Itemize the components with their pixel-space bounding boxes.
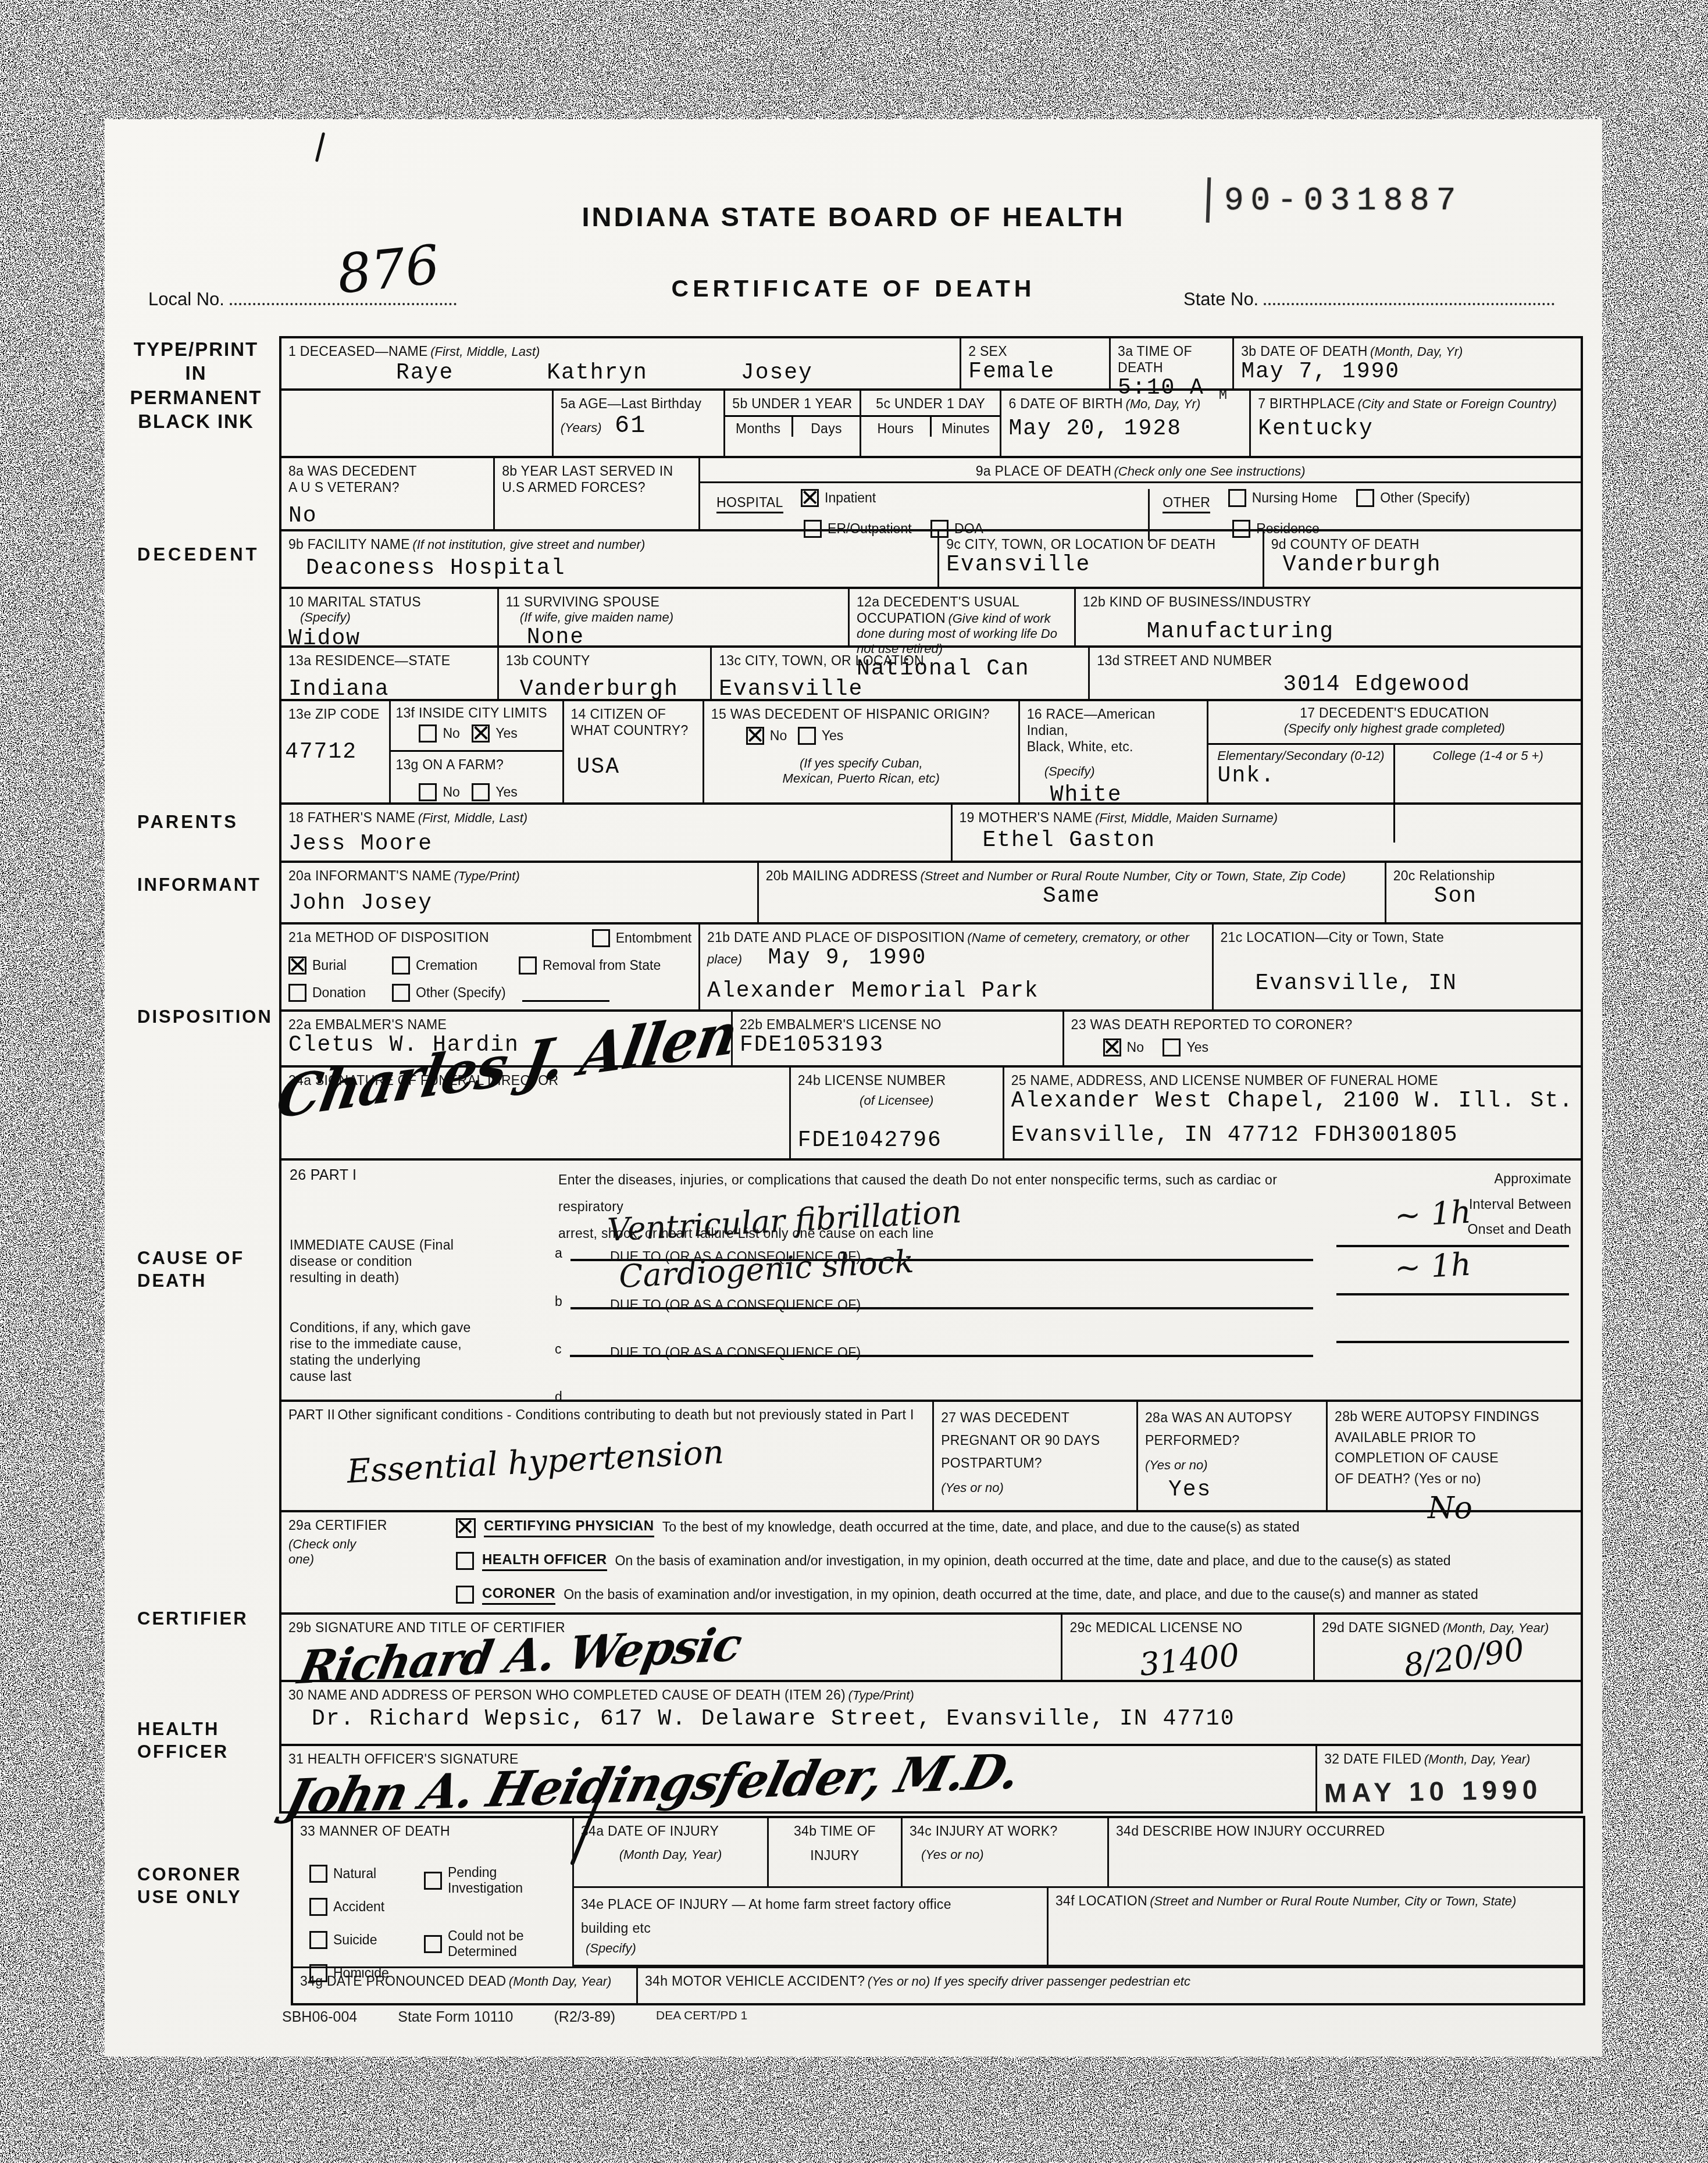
field-city-of-death: 9c CITY, TOWN, OR LOCATION OF DEATH Evan… <box>937 531 1263 587</box>
option-burial: Burial <box>288 956 376 975</box>
field-autopsy-performed: 28a WAS AN AUTOPSY PERFORMED? (Yes or no… <box>1136 1402 1326 1510</box>
margin-cause-of-death: CAUSE OF DEATH <box>137 1247 288 1293</box>
field-time-of-death: 3a TIME OF DEATH 5:10 A M <box>1109 338 1232 388</box>
coroner-section: 33 MANNER OF DEATH Natural Accident Suic… <box>291 1816 1585 2005</box>
surviving-spouse-value: None <box>527 625 841 650</box>
margin-disposition: DISPOSITION <box>137 1006 288 1029</box>
margin-type-print: TYPE/PRINT IN PERMANENT BLACK INK <box>114 337 278 433</box>
field-marital-status: 10 MARITAL STATUS(Specify) Widow <box>281 589 497 645</box>
certificate-form: 1 DECEASED—NAME (First, Middle, Last) Ra… <box>279 336 1583 1814</box>
residence-state-value: Indiana <box>288 677 490 702</box>
row-funeral-director: 24a SIGNATURE OF FUNERAL DIRECTOR Charle… <box>281 1068 1581 1161</box>
removal-checkbox <box>519 956 537 975</box>
father-name-value: Jess Moore <box>288 831 944 856</box>
farm-no-checkbox <box>419 783 437 801</box>
field-date-filed: 32 DATE FILED (Month, Day, Year) MAY 10 … <box>1315 1746 1581 1811</box>
entombment-checkbox <box>592 929 610 947</box>
field-date-of-death: 3b DATE OF DEATH (Month, Day, Yr) May 7,… <box>1232 338 1581 388</box>
row-veteran-place-of-death: 8a WAS DECEDENT A U S VETERAN? No 8b YEA… <box>281 458 1581 531</box>
local-no-handwritten-value: 876 <box>334 233 442 306</box>
option-pending: Pending Investigation <box>424 1865 523 1896</box>
option-farm-no: No <box>419 783 459 801</box>
field-place-of-death: 9a PLACE OF DEATH (Check only one See in… <box>698 458 1581 529</box>
age-value: 61 <box>615 412 646 440</box>
option-health-officer: HEALTH OFFICER On the basis of examinati… <box>456 1552 1569 1571</box>
field-occupation: 12a DECEDENT'S USUAL OCCUPATION (Give ki… <box>848 589 1074 645</box>
field-veteran: 8a WAS DECEDENT A U S VETERAN? No <box>281 458 493 529</box>
field-birthplace: 7 BIRTHPLACE (City and State or Foreign … <box>1249 391 1581 456</box>
field-part2: PART II Other significant conditions - C… <box>281 1402 932 1510</box>
race-value: White <box>1050 783 1200 808</box>
option-natural: Natural <box>309 1865 389 1883</box>
stray-pen-mark <box>315 132 325 162</box>
other-specify-checkbox <box>1356 489 1374 507</box>
cause-left-column: 26 PART I IMMEDIATE CAUSE (Final disease… <box>281 1161 555 1390</box>
funeral-home-line2: Evansville, IN 47712 FDH3001805 <box>1011 1123 1574 1148</box>
field-completed-by: 30 NAME AND ADDRESS OF PERSON WHO COMPLE… <box>281 1682 1581 1736</box>
disposition-location-value: Evansville, IN <box>1256 971 1574 996</box>
pending-checkbox <box>424 1872 442 1890</box>
field-residence-state: 13a RESIDENCE—STATE Indiana <box>281 648 497 699</box>
local-no: Local No. 876 <box>148 288 457 310</box>
form-footer: SBH06-004 State Form 10110 (R2/3-89) DEA… <box>282 2009 747 2026</box>
field-hispanic-origin: 15 WAS DECEDENT OF HISPANIC ORIGIN? No Y… <box>703 701 1018 802</box>
row-zip-citizen-race: 13e ZIP CODE 47712 13f INSIDE CITY LIMIT… <box>281 701 1581 805</box>
field-date-of-injury: 34a DATE OF INJURY (Month Day, Year) <box>572 1818 767 1888</box>
local-no-line: 876 <box>230 288 457 305</box>
field-manner-of-death: 33 MANNER OF DEATH Natural Accident Suic… <box>293 1818 572 1966</box>
field-motor-vehicle-accident: 34h MOTOR VEHICLE ACCIDENT? (Yes or no) … <box>636 1966 1583 2003</box>
undetermined-checkbox <box>424 1935 442 1953</box>
health-officer-checkbox <box>456 1552 474 1570</box>
disposition-other-line <box>522 1000 609 1002</box>
coroner-yes-checkbox <box>1163 1038 1181 1056</box>
interval-b-handwritten: ~ 1h <box>1393 1246 1472 1287</box>
embalmer-license-value: FDE1053193 <box>740 1033 1056 1058</box>
field-citizen: 14 CITIZEN OF WHAT COUNTRY? USA <box>562 701 703 802</box>
option-inpatient: Inpatient <box>801 489 876 507</box>
inside-city-no-checkbox <box>419 724 437 743</box>
cremation-checkbox <box>392 956 410 975</box>
field-street-number: 13d STREET AND NUMBER 3014 Edgewood <box>1088 648 1581 699</box>
relationship-value: Son <box>1434 884 1574 909</box>
cause-interval-column: Approximate Interval Between Onset and D… <box>1325 1161 1581 1248</box>
field-under-1-year: 5b UNDER 1 YEAR MonthsDays <box>723 391 860 456</box>
option-nursing-home: Nursing Home <box>1228 489 1338 507</box>
field-funeral-director-signature: 24a SIGNATURE OF FUNERAL DIRECTOR Charle… <box>281 1068 789 1158</box>
row-completed-by: 30 NAME AND ADDRESS OF PERSON WHO COMPLE… <box>281 1682 1581 1746</box>
donation-checkbox <box>288 984 306 1002</box>
field-date-signed: 29d DATE SIGNED (Month, Day, Year) 8/20/… <box>1313 1615 1581 1680</box>
hispanic-no-checkbox <box>746 727 764 745</box>
field-city-limits-farm: 13f INSIDE CITY LIMITS No Yes 13g ON A F… <box>389 701 562 802</box>
state-file-number-stamp: 90-031887 <box>1224 182 1463 219</box>
funeral-home-line1: Alexander West Chapel, 2100 W. Ill. St. <box>1011 1088 1574 1113</box>
sex-value: Female <box>968 359 1102 384</box>
row-informant: 20a INFORMANT'S NAME (Type/Print) John J… <box>281 863 1581 925</box>
option-coroner-yes: Yes <box>1163 1038 1208 1056</box>
deceased-last-name: Josey <box>741 360 813 386</box>
field-mailing-address: 20b MAILING ADDRESS (Street and Number o… <box>757 863 1385 922</box>
field-age: 5a AGE—Last Birthday (Years) 61 <box>552 391 723 456</box>
field-director-license: 24b LICENSE NUMBER (of Licensee) FDE1042… <box>789 1068 1003 1158</box>
field-county-of-death: 9d COUNTY OF DEATH Vanderburgh <box>1263 531 1581 587</box>
field-informant-name: 20a INFORMANT'S NAME (Type/Print) John J… <box>281 863 757 922</box>
interval-line-c <box>1336 1341 1569 1343</box>
row-cause-of-death: 26 PART I IMMEDIATE CAUSE (Final disease… <box>281 1161 1581 1402</box>
accident-checkbox <box>309 1898 327 1916</box>
field-deceased-name: 1 DECEASED—NAME (First, Middle, Last) Ra… <box>281 338 960 388</box>
field-date-pronounced-dead: 34g DATE PRONOUNCED DEAD (Month Day, Yea… <box>293 1966 636 2003</box>
field-under-1-day: 5c UNDER 1 DAY HoursMinutes <box>860 391 1000 456</box>
option-entombment: Entombment <box>592 929 691 947</box>
informant-name-value: John Josey <box>288 891 750 916</box>
footer-revision: (R2/3-89) <box>554 2009 616 2026</box>
citizen-value: USA <box>577 755 696 780</box>
certifying-physician-checkbox <box>456 1518 476 1538</box>
field-year-last-served: 8b YEAR LAST SERVED IN U.S ARMED FORCES? <box>493 458 698 529</box>
residence-county-value: Vanderburgh <box>520 677 703 702</box>
margin-decedent: DECEDENT <box>137 544 288 566</box>
row-certifier-type: 29a CERTIFIER (Check only one) CERTIFYIN… <box>281 1512 1581 1615</box>
field-method-of-disposition: 21a METHOD OF DISPOSITION Entombment Bur… <box>281 925 698 1009</box>
option-other-specify: Other (Specify) <box>1356 489 1470 507</box>
scanned-document-page: INDIANA STATE BOARD OF HEALTH CERTIFICAT… <box>0 0 1708 2163</box>
zip-code-value: 47712 <box>285 740 382 765</box>
field-medical-license: 29c MEDICAL LICENSE NO 31400 <box>1061 1615 1313 1680</box>
coroner-no-checkbox <box>1103 1038 1121 1056</box>
field-mother-name: 19 MOTHER'S NAME (First, Middle, Maiden … <box>951 805 1581 861</box>
field-certifier-signature: 29b SIGNATURE AND TITLE OF CERTIFIER Ric… <box>281 1615 1061 1680</box>
option-accident: Accident <box>309 1898 389 1916</box>
mother-name-value: Ethel Gaston <box>983 828 1574 853</box>
field-reported-to-coroner: 23 WAS DEATH REPORTED TO CORONER? No Yes <box>1062 1012 1581 1065</box>
industry-value: Manufacturing <box>1147 619 1574 644</box>
date-of-death-value: May 7, 1990 <box>1241 359 1574 384</box>
option-removal: Removal from State <box>519 956 661 975</box>
field-sex: 2 SEX Female <box>960 338 1109 388</box>
cell-blank <box>281 391 552 456</box>
natural-checkbox <box>309 1865 327 1883</box>
row-health-officer: 31 HEALTH OFFICER'S SIGNATURE John A. He… <box>281 1746 1581 1811</box>
row-deceased: 1 DECEASED—NAME (First, Middle, Last) Ra… <box>281 338 1581 391</box>
date-of-birth-value: May 20, 1928 <box>1008 416 1242 441</box>
option-certifying-physician: CERTIFYING PHYSICIAN To the best of my k… <box>456 1518 1569 1538</box>
field-relationship: 20c Relationship Son <box>1385 863 1581 922</box>
field-injury-location: 34f LOCATION (Street and Number or Rural… <box>1047 1888 1583 1966</box>
option-hispanic-no: No <box>746 727 787 745</box>
residence-city-value: Evansville <box>719 677 1081 702</box>
inpatient-checkbox <box>801 489 819 507</box>
field-industry: 12b KIND OF BUSINESS/INDUSTRY Manufactur… <box>1074 589 1581 645</box>
mailing-address-value: Same <box>766 884 1378 909</box>
row-disposition: 21a METHOD OF DISPOSITION Entombment Bur… <box>281 925 1581 1012</box>
field-autopsy-findings: 28b WERE AUTOPSY FINDINGS AVAILABLE PRIO… <box>1326 1402 1581 1510</box>
field-date-place-disposition: 21b DATE AND PLACE OF DISPOSITION (Name … <box>698 925 1211 1009</box>
farm-yes-checkbox <box>472 783 490 801</box>
field-race: 16 RACE—American Indian, Black, White, e… <box>1018 701 1207 802</box>
row-parents: 18 FATHER'S NAME (First, Middle, Last) J… <box>281 805 1581 863</box>
field-place-of-injury: 34e PLACE OF INJURY — At home farm stree… <box>572 1888 1047 1966</box>
part2-label: PART II <box>288 1407 335 1422</box>
autopsy-performed-value: Yes <box>1168 1477 1319 1502</box>
option-undetermined: Could not be Determined <box>424 1928 523 1959</box>
row-age-birth: 5a AGE—Last Birthday (Years) 61 5b UNDER… <box>281 391 1581 458</box>
disposition-date-value: May 9, 1990 <box>768 945 926 970</box>
field-facility-name: 9b FACILITY NAME (If not institution, gi… <box>281 531 937 587</box>
death-certificate-sheet: INDIANA STATE BOARD OF HEALTH CERTIFICAT… <box>105 119 1602 2057</box>
medical-license-handwritten: 31400 <box>1138 1629 1307 1683</box>
margin-informant: INFORMANT <box>137 874 288 897</box>
field-date-of-birth: 6 DATE OF BIRTH (Mo, Day, Yr) May 20, 19… <box>1000 391 1249 456</box>
veteran-value: No <box>288 504 486 529</box>
part2-handwritten: Essential hypertension <box>346 1423 926 1491</box>
field-embalmer-license: 22b EMBALMER'S LICENSE NO FDE1053193 <box>731 1012 1062 1065</box>
suicide-checkbox <box>309 1931 327 1949</box>
option-disposition-other: Other (Specify) <box>392 984 506 1002</box>
field-zip-code: 13e ZIP CODE 47712 <box>281 701 389 802</box>
state-no-line <box>1264 288 1554 305</box>
field-funeral-home: 25 NAME, ADDRESS, AND LICENSE NUMBER OF … <box>1003 1068 1581 1158</box>
deceased-middle-name: Kathryn <box>547 360 648 386</box>
margin-parents: PARENTS <box>137 811 288 834</box>
disposition-other-checkbox <box>392 984 410 1002</box>
field-education: 17 DECEDENT'S EDUCATION (Specify only hi… <box>1207 701 1581 802</box>
margin-health-officer: HEALTH OFFICER <box>137 1718 288 1764</box>
state-no: State No. <box>1183 288 1554 310</box>
row-facility: 9b FACILITY NAME (If not institution, gi… <box>281 531 1581 589</box>
field-certifier-label: 29a CERTIFIER (Check only one) <box>288 1517 451 1567</box>
birthplace-value: Kentucky <box>1258 416 1574 441</box>
burial-checkbox <box>288 956 306 975</box>
option-farm-yes: Yes <box>472 783 518 801</box>
education-value: Unk. <box>1218 763 1394 788</box>
option-inside-city-no: No <box>419 724 459 743</box>
local-no-label: Local No. <box>148 289 224 309</box>
nursing-home-checkbox <box>1228 489 1246 507</box>
coroner-certifier-checkbox <box>456 1586 474 1604</box>
director-license-value: FDE1042796 <box>798 1128 996 1153</box>
option-inside-city-yes: Yes <box>472 724 518 743</box>
footer-note: DEA CERT/PD 1 <box>656 2009 747 2026</box>
margin-certifier: CERTIFIER <box>137 1608 288 1630</box>
row-residence: 13a RESIDENCE—STATE Indiana 13b COUNTY V… <box>281 648 1581 701</box>
hispanic-yes-checkbox <box>798 727 816 745</box>
field-residence-county: 13b COUNTY Vanderburgh <box>497 648 710 699</box>
footer-code: SBH06-004 <box>282 2009 357 2026</box>
disposition-place-value: Alexander Memorial Park <box>707 979 1204 1004</box>
completed-by-value: Dr. Richard Wepsic, 617 W. Delaware Stre… <box>312 1707 1574 1732</box>
field-residence-city: 13c CITY, TOWN, OR LOCATION Evansville <box>710 648 1088 699</box>
field-time-of-injury: 34b TIME OF INJURY <box>767 1818 901 1888</box>
row-marital-occupation: 10 MARITAL STATUS(Specify) Widow 11 SURV… <box>281 589 1581 648</box>
field-father-name: 18 FATHER'S NAME (First, Middle, Last) J… <box>281 805 951 861</box>
row-certifier-signature: 29b SIGNATURE AND TITLE OF CERTIFIER Ric… <box>281 1615 1581 1682</box>
date-filed-stamp: MAY 10 1990 <box>1324 1773 1574 1808</box>
deceased-first-name: Raye <box>396 360 454 386</box>
field-disposition-location: 21c LOCATION—City or Town, State Evansvi… <box>1212 925 1581 1009</box>
cause-middle-column: Enter the diseases, injuries, or complic… <box>555 1161 1325 1252</box>
option-cremation: Cremation <box>392 956 502 975</box>
option-coroner-no: No <box>1103 1038 1144 1056</box>
option-suicide: Suicide <box>309 1931 389 1949</box>
option-coroner-certifier: CORONER On the basis of examination and/… <box>456 1586 1569 1605</box>
street-number-value: 3014 Edgewood <box>1283 672 1574 697</box>
margin-coroner-use-only: CORONER USE ONLY <box>137 1864 288 1909</box>
row-part2-autopsy: PART II Other significant conditions - C… <box>281 1402 1581 1512</box>
field-pregnant: 27 WAS DECEDENT PREGNANT OR 90 DAYS POST… <box>932 1402 1136 1510</box>
city-of-death-value: Evansville <box>946 552 1256 577</box>
county-of-death-value: Vanderburgh <box>1283 552 1574 577</box>
footer-form-number: State Form 10110 <box>398 2009 513 2026</box>
option-hispanic-yes: Yes <box>798 727 844 745</box>
interval-line-b <box>1336 1293 1569 1295</box>
field-injury-at-work: 34c INJURY AT WORK? (Yes or no) <box>901 1818 1107 1888</box>
interval-a-handwritten: ~ 1h <box>1393 1194 1472 1234</box>
field-health-officer-signature: 31 HEALTH OFFICER'S SIGNATURE John A. He… <box>281 1746 1315 1811</box>
state-no-label: State No. <box>1183 289 1258 309</box>
facility-name-value: Deaconess Hospital <box>306 556 930 581</box>
option-donation: Donation <box>288 984 376 1002</box>
inside-city-yes-checkbox <box>472 724 490 743</box>
field-surviving-spouse: 11 SURVIVING SPOUSE(If wife, give maiden… <box>497 589 848 645</box>
field-describe-injury: 34d DESCRIBE HOW INJURY OCCURRED <box>1107 1818 1583 1888</box>
